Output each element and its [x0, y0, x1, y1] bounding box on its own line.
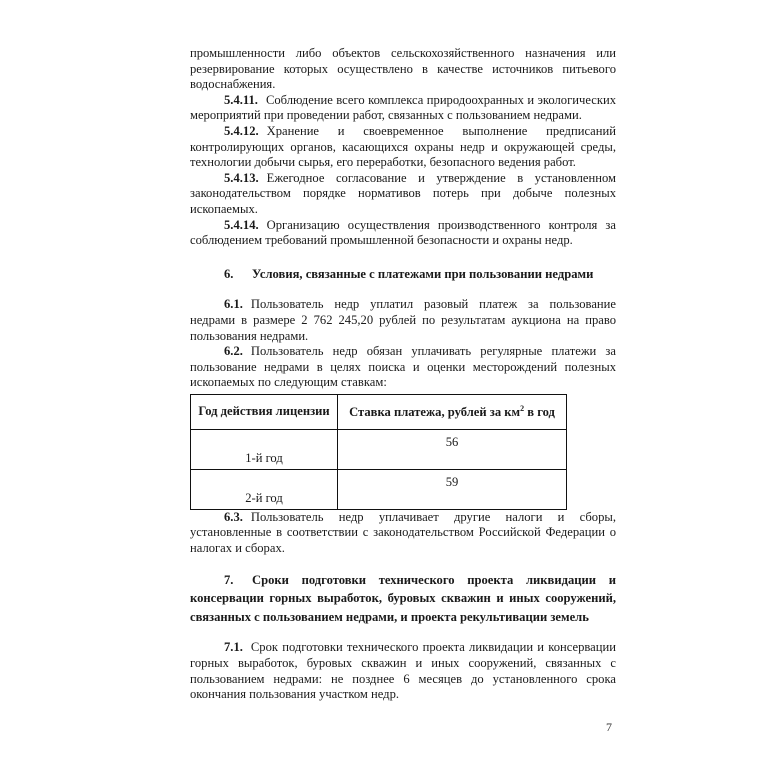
clause-text: Срок подготовки технического проекта лик… — [190, 640, 616, 701]
clause-5-4-12: 5.4.12.Хранение и своевременное выполнен… — [190, 124, 616, 171]
document-page: промышленности либо объектов сельскохозя… — [190, 46, 616, 703]
header-license-year: Год действия лицензии — [191, 394, 338, 429]
section-number: 6. — [224, 265, 252, 284]
cell-rate: 56 — [338, 429, 567, 469]
header-rate-suffix: в год — [524, 405, 555, 419]
payment-rates-table: Год действия лицензии Ставка платежа, ру… — [190, 394, 567, 510]
clause-number: 7.1. — [224, 640, 243, 654]
clause-text: Пользователь недр уплатил разовый платеж… — [190, 297, 616, 342]
header-rate: Ставка платежа, рублей за км2 в год — [338, 394, 567, 429]
table-row: 1-й год 56 — [191, 429, 567, 469]
clause-number: 6.1. — [224, 297, 243, 311]
cell-year: 1-й год — [191, 429, 338, 469]
clause-5-4-14: 5.4.14.Организацию осуществления произво… — [190, 218, 616, 249]
section-number: 7. — [224, 571, 252, 590]
cell-year: 2-й год — [191, 469, 338, 509]
clause-number: 5.4.11. — [224, 93, 258, 107]
clause-text: Пользователь недр обязан уплачивать регу… — [190, 344, 616, 389]
clause-5-4-13: 5.4.13.Ежегодное согласование и утвержде… — [190, 171, 616, 218]
table-header-row: Год действия лицензии Ставка платежа, ру… — [191, 394, 567, 429]
clause-6-1: 6.1.Пользователь недр уплатил разовый пл… — [190, 297, 616, 344]
clause-6-3: 6.3.Пользователь недр уплачивает другие … — [190, 510, 616, 557]
clause-text: Пользователь недр уплачивает другие нало… — [190, 510, 616, 555]
clause-6-2: 6.2.Пользователь недр обязан уплачивать … — [190, 344, 616, 391]
clause-7-1: 7.1.Срок подготовки технического проекта… — [190, 640, 616, 702]
section-6-heading: 6.Условия, связанные с платежами при пол… — [190, 265, 616, 284]
clause-number: 5.4.13. — [224, 171, 259, 185]
paragraph-continuation: промышленности либо объектов сельскохозя… — [190, 46, 616, 93]
clause-number: 6.3. — [224, 510, 243, 524]
page-number: 7 — [606, 720, 612, 735]
header-rate-text: Ставка платежа, рублей за км — [349, 405, 520, 419]
table-row: 2-й год 59 — [191, 469, 567, 509]
clause-number: 5.4.14. — [224, 218, 259, 232]
clause-number: 5.4.12. — [224, 124, 259, 138]
clause-5-4-11: 5.4.11.Соблюдение всего комплекса природ… — [190, 93, 616, 124]
section-7-heading: 7.Сроки подготовки технического проекта … — [190, 571, 616, 627]
cell-rate: 59 — [338, 469, 567, 509]
clause-number: 6.2. — [224, 344, 243, 358]
section-title: Сроки подготовки технического проекта ли… — [190, 573, 616, 624]
section-title: Условия, связанные с платежами при польз… — [252, 267, 593, 281]
